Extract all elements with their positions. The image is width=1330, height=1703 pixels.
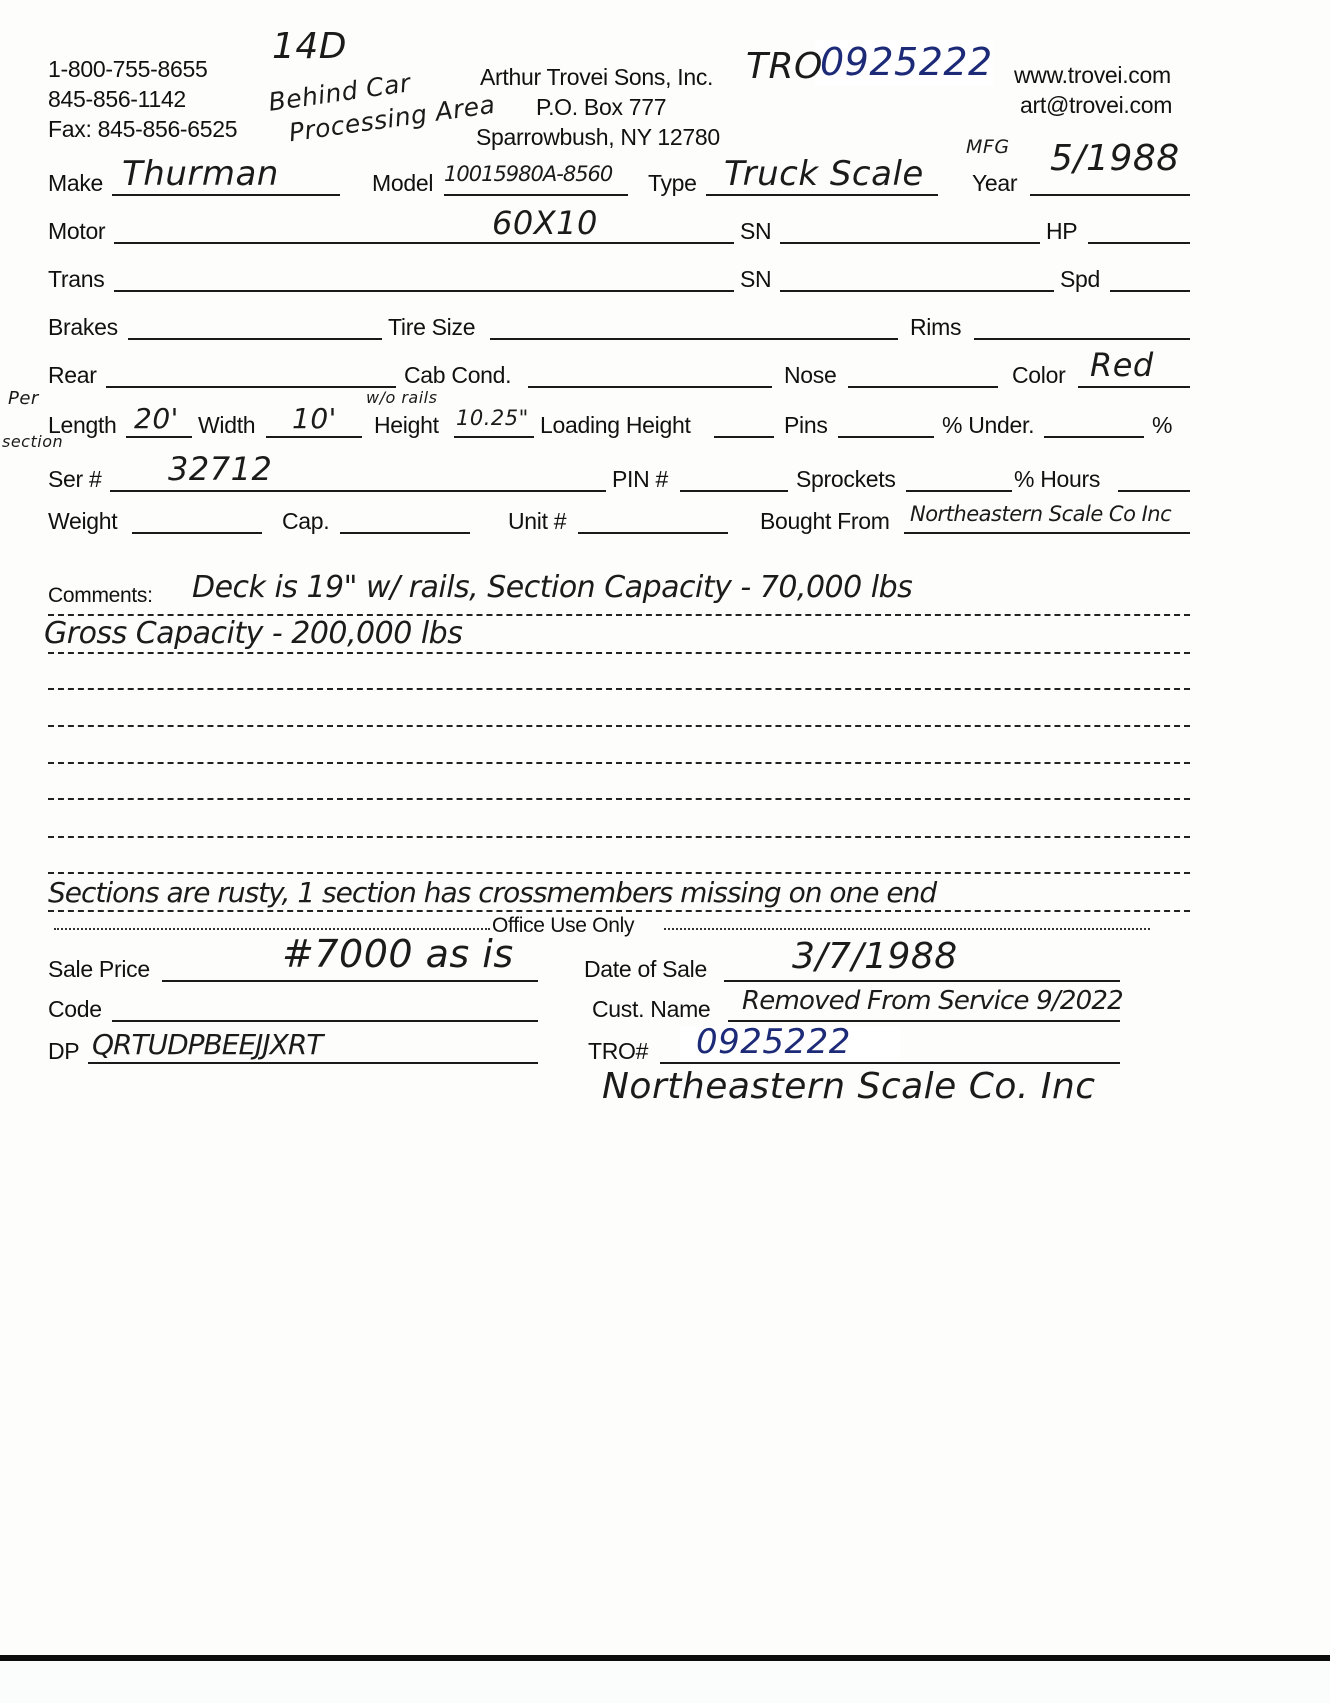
width-line bbox=[266, 436, 362, 438]
sale-price-label: Sale Price bbox=[48, 956, 150, 983]
sprockets-label: Sprockets bbox=[796, 466, 896, 493]
year-label: Year bbox=[972, 170, 1017, 197]
bought-from-line bbox=[904, 532, 1190, 534]
width-label: Width bbox=[198, 412, 255, 439]
comment-line-9[interactable]: Sections are rusty, 1 section has crossm… bbox=[48, 876, 936, 909]
date-of-sale-label: Date of Sale bbox=[584, 956, 707, 983]
pin-line bbox=[680, 490, 788, 492]
year-note: MFG bbox=[966, 136, 1010, 158]
rims-label: Rims bbox=[910, 314, 961, 341]
cap-line bbox=[340, 532, 470, 534]
tire-size-line bbox=[490, 338, 898, 340]
length-value[interactable]: 20' bbox=[134, 402, 179, 435]
year-value[interactable]: 5/1988 bbox=[1050, 138, 1180, 179]
handwritten-location-code: 14D bbox=[272, 26, 347, 67]
tire-size-label: Tire Size bbox=[388, 314, 475, 341]
comment-rule-4 bbox=[48, 725, 1190, 727]
trans-line bbox=[114, 290, 734, 292]
model-value[interactable]: 10015980A-8560 bbox=[444, 162, 612, 186]
bought-from-value[interactable]: Northeastern Scale Co Inc bbox=[910, 502, 1171, 526]
motor-sn-line bbox=[780, 242, 1040, 244]
comments-label: Comments: bbox=[48, 584, 153, 608]
loading-height-label: Loading Height bbox=[540, 412, 691, 439]
model-line bbox=[444, 194, 628, 196]
make-value[interactable]: Thurman bbox=[122, 154, 279, 194]
comment-rule-9 bbox=[48, 910, 1190, 912]
type-value[interactable]: Truck Scale bbox=[724, 154, 924, 194]
model-label: Model bbox=[372, 170, 433, 197]
phone-tollfree: 1-800-755-8655 bbox=[48, 56, 207, 83]
bought-from-label: Bought From bbox=[760, 508, 890, 535]
cust-name-label: Cust. Name bbox=[592, 996, 710, 1023]
make-line bbox=[112, 194, 340, 196]
brakes-label: Brakes bbox=[48, 314, 118, 341]
dp-label: DP bbox=[48, 1038, 79, 1065]
rims-line bbox=[974, 338, 1190, 340]
company-name: Arthur Trovei Sons, Inc. bbox=[480, 64, 713, 91]
pins-label: Pins bbox=[784, 412, 828, 439]
height-value[interactable]: 10.25" bbox=[456, 406, 529, 430]
spd-line bbox=[1110, 290, 1190, 292]
handwritten-tro-number: 0925222 bbox=[820, 40, 993, 84]
handwritten-tro-prefix: TRO bbox=[746, 46, 823, 87]
motor-sn-label: SN bbox=[740, 218, 771, 245]
phone-local: 845-856-1142 bbox=[48, 86, 186, 113]
date-of-sale-line bbox=[724, 980, 1120, 982]
comment-rule-7 bbox=[48, 836, 1190, 838]
ser-value[interactable]: 32712 bbox=[168, 450, 272, 488]
year-line bbox=[1030, 194, 1190, 196]
hp-line bbox=[1088, 242, 1190, 244]
pct-under-label: % Under. bbox=[942, 412, 1034, 439]
comment-line-2[interactable]: Gross Capacity - 200,000 lbs bbox=[44, 616, 462, 651]
pct-under-line bbox=[1044, 436, 1144, 438]
length-note-top: Per bbox=[8, 388, 39, 409]
company-po-box: P.O. Box 777 bbox=[536, 94, 666, 121]
hp-label: HP bbox=[1046, 218, 1077, 245]
dp-value[interactable]: QRTUDPBEEJJXRT bbox=[92, 1028, 322, 1061]
motor-label: Motor bbox=[48, 218, 105, 245]
ser-line bbox=[110, 490, 606, 492]
tro-line bbox=[660, 1062, 1120, 1064]
office-rule-right bbox=[664, 928, 1150, 930]
trans-sn-label: SN bbox=[740, 266, 771, 293]
rear-label: Rear bbox=[48, 362, 97, 389]
brakes-line bbox=[128, 338, 382, 340]
height-label: Height bbox=[374, 412, 439, 439]
dp-line bbox=[88, 1062, 538, 1064]
color-label: Color bbox=[1012, 362, 1065, 389]
cab-cond-line bbox=[528, 386, 772, 388]
unit-label: Unit # bbox=[508, 508, 566, 535]
date-of-sale-value[interactable]: 3/7/1988 bbox=[792, 936, 958, 977]
pins-line bbox=[838, 436, 934, 438]
make-label: Make bbox=[48, 170, 103, 197]
width-value[interactable]: 10' bbox=[292, 402, 337, 435]
color-line bbox=[1078, 386, 1190, 388]
comment-rule-5 bbox=[48, 762, 1190, 764]
length-line bbox=[126, 436, 192, 438]
weight-label: Weight bbox=[48, 508, 117, 535]
code-label: Code bbox=[48, 996, 102, 1023]
spd-label: Spd bbox=[1060, 266, 1100, 293]
sprockets-line bbox=[906, 490, 1012, 492]
cap-label: Cap. bbox=[282, 508, 329, 535]
unit-line bbox=[578, 532, 728, 534]
pct-hours-line bbox=[1118, 490, 1190, 492]
company-city: Sparrowbush, NY 12780 bbox=[476, 124, 720, 151]
nose-label: Nose bbox=[784, 362, 837, 389]
sale-price-value[interactable]: #7000 as is bbox=[282, 932, 514, 976]
rear-line bbox=[106, 386, 396, 388]
company-email[interactable]: art@trovei.com bbox=[1020, 92, 1172, 119]
scan-edge bbox=[0, 1655, 1330, 1703]
nose-line bbox=[848, 386, 998, 388]
tro-label: TRO# bbox=[588, 1038, 648, 1065]
height-line bbox=[454, 436, 534, 438]
comment-rule-3 bbox=[48, 688, 1190, 690]
type-label: Type bbox=[648, 170, 697, 197]
code-line bbox=[112, 1020, 538, 1022]
cust-name-value[interactable]: Removed From Service 9/2022 bbox=[742, 986, 1123, 1016]
loading-height-line bbox=[714, 436, 774, 438]
pct-hours-label: % Hours bbox=[1014, 466, 1100, 493]
sale-price-line bbox=[162, 980, 538, 982]
height-note: w/o rails bbox=[366, 388, 437, 407]
motor-line bbox=[114, 242, 734, 244]
trans-sn-line bbox=[780, 290, 1054, 292]
weight-line bbox=[132, 532, 262, 534]
type-line bbox=[706, 194, 938, 196]
comment-line-1[interactable]: Deck is 19" w/ rails, Section Capacity -… bbox=[192, 570, 912, 605]
motor-value[interactable]: 60X10 bbox=[492, 204, 598, 242]
company-website[interactable]: www.trovei.com bbox=[1014, 62, 1171, 89]
comment-rule-6 bbox=[48, 798, 1190, 800]
pin-label: PIN # bbox=[612, 466, 668, 493]
color-value[interactable]: Red bbox=[1090, 346, 1154, 384]
trans-label: Trans bbox=[48, 266, 104, 293]
cab-cond-label: Cab Cond. bbox=[404, 362, 511, 389]
comment-rule-2 bbox=[48, 652, 1190, 654]
tro-value[interactable]: 0925222 bbox=[696, 1022, 851, 1062]
length-label: Length bbox=[48, 412, 117, 439]
fax-number: Fax: 845-856-6525 bbox=[48, 116, 237, 143]
ser-label: Ser # bbox=[48, 466, 101, 493]
comment-rule-8 bbox=[48, 872, 1190, 874]
extra-note: Northeastern Scale Co. Inc bbox=[602, 1066, 1096, 1107]
pct-under-suffix: % bbox=[1152, 412, 1172, 439]
office-rule-left bbox=[54, 928, 490, 930]
